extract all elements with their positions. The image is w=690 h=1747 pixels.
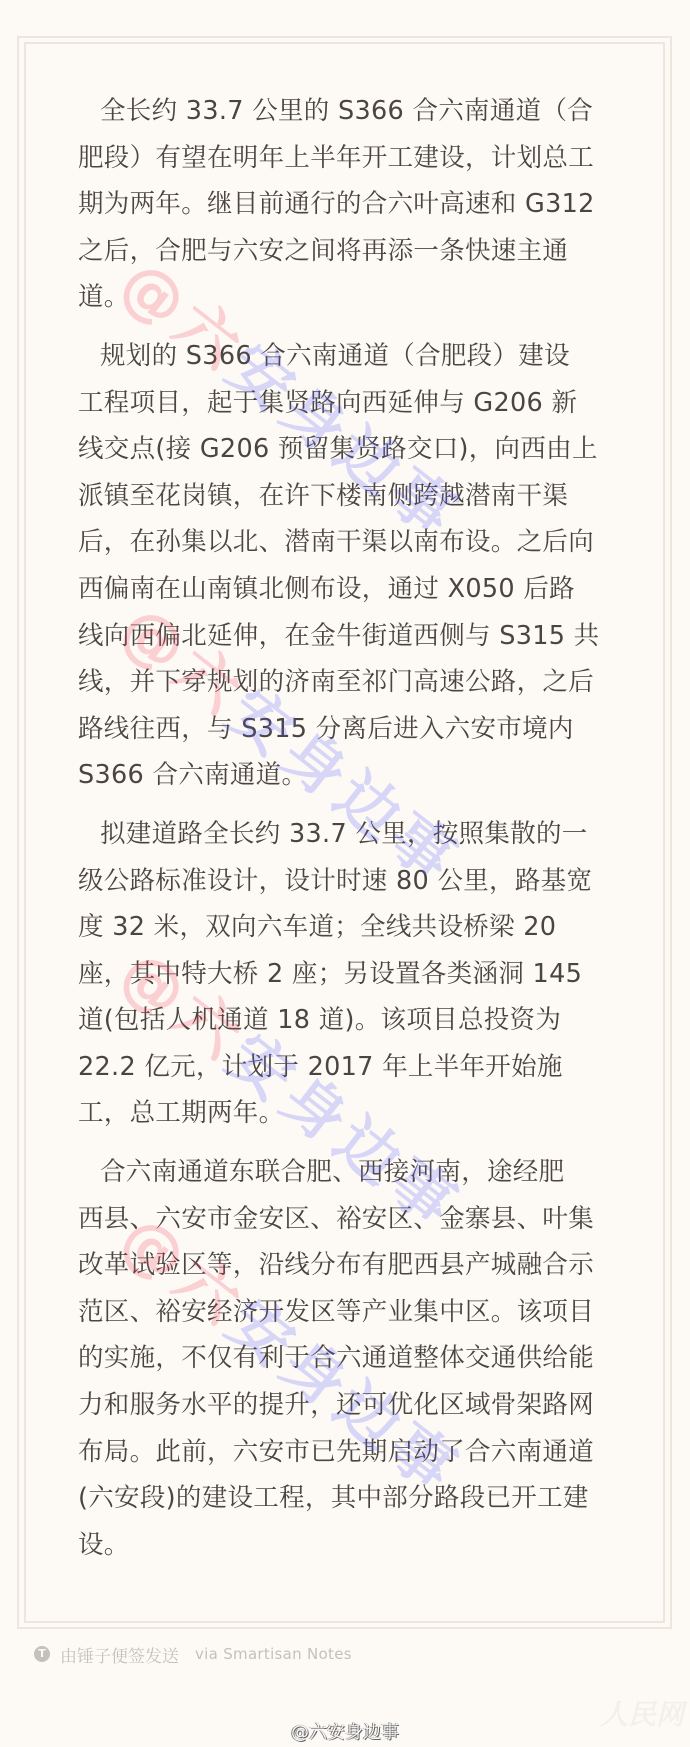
text-line: 级公路标准设计，设计时速 80 公里，路基宽: [78, 858, 622, 905]
text-line: 线交点(接 G206 预留集贤路交口)，向西由上: [78, 426, 622, 473]
text-line: 22.2 亿元，计划于 2017 年上半年开始施: [78, 1044, 622, 1091]
smartisan-t-icon: T: [34, 1646, 50, 1662]
note-footer: T 由锤子便签发送 via Smartisan Notes: [34, 1640, 352, 1668]
paragraph-1: 全长约 33.7 公里的 S366 合六南通道（合 肥段）有望在明年上半年开工建…: [78, 88, 622, 321]
text-line: 规划的 S366 合六南通道（合肥段）建设: [78, 333, 622, 380]
text-line: 范区、裕安经济开发区等产业集中区。该项目: [78, 1289, 622, 1336]
text-line: 线，并下穿规划的济南至祁门高速公路，之后: [78, 659, 622, 706]
text-line: 拟建道路全长约 33.7 公里，按照集散的一: [78, 811, 622, 858]
text-line: 后，在孙集以北、潜南干渠以南布设。之后向: [78, 519, 622, 566]
text-line: 西县、六安市金安区、裕安区、金寨县、叶集: [78, 1196, 622, 1243]
text-line: 合六南通道东联合肥、西接河南，途经肥: [78, 1149, 622, 1196]
text-line: 力和服务水平的提升，还可优化区域骨架路网: [78, 1382, 622, 1429]
text-line: 线向西偏北延伸，在金牛街道西侧与 S315 共: [78, 613, 622, 660]
sent-by-label: 由锤子便签发送: [60, 1642, 179, 1667]
text-line: 之后，合肥与六安之间将再添一条快速主通: [78, 228, 622, 275]
text-line: 改革试验区等，沿线分布有肥西县产城融合示: [78, 1242, 622, 1289]
text-line: 西偏南在山南镇北侧布设，通过 X050 后路: [78, 566, 622, 613]
text-line: 设。: [78, 1522, 622, 1569]
text-line: (六安段)的建设工程，其中部分路段已开工建: [78, 1475, 622, 1522]
text-line: 路线往西，与 S315 分离后进入六安市境内: [78, 706, 622, 753]
text-line: 肥段）有望在明年上半年开工建设，计划总工: [78, 135, 622, 182]
text-line: 全长约 33.7 公里的 S366 合六南通道（合: [78, 88, 622, 135]
text-line: 布局。此前，六安市已先期启动了合六南通道: [78, 1429, 622, 1476]
text-line: 工程项目，起于集贤路向西延伸与 G206 新: [78, 380, 622, 427]
text-line: 道。: [78, 274, 622, 321]
text-line: 派镇至花岗镇，在许下楼南侧跨越潜南干渠: [78, 473, 622, 520]
paragraph-3: 拟建道路全长约 33.7 公里，按照集散的一 级公路标准设计，设计时速 80 公…: [78, 811, 622, 1137]
text-line: 道(包括人机通道 18 道)。该项目总投资为: [78, 997, 622, 1044]
weibo-handle-watermark: @六安身边事: [0, 1718, 690, 1744]
text-line: 期为两年。继目前通行的合六叶高速和 G312: [78, 181, 622, 228]
paragraph-4: 合六南通道东联合肥、西接河南，途经肥 西县、六安市金安区、裕安区、金寨县、叶集 …: [78, 1149, 622, 1568]
paragraph-2: 规划的 S366 合六南通道（合肥段）建设 工程项目，起于集贤路向西延伸与 G2…: [78, 333, 622, 799]
text-line: 工，总工期两年。: [78, 1090, 622, 1137]
text-line: S366 合六南通道。: [78, 752, 622, 799]
text-line: 度 32 米，双向六车道；全线共设桥梁 20: [78, 904, 622, 951]
text-line: 座，其中特大桥 2 座；另设置各类涵洞 145: [78, 951, 622, 998]
text-line: 的实施，不仅有利于合六通道整体交通供给能: [78, 1335, 622, 1382]
note-body: 全长约 33.7 公里的 S366 合六南通道（合 肥段）有望在明年上半年开工建…: [78, 88, 622, 1580]
via-label: via Smartisan Notes: [195, 1645, 352, 1663]
